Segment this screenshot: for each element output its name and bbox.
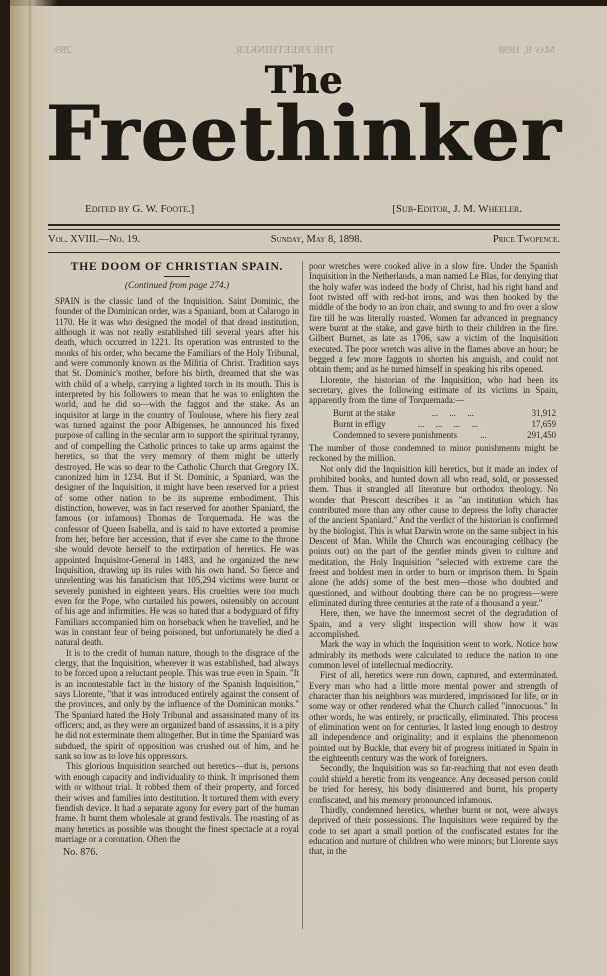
body-paragraph: Secondly, the Inquisition was so far-rea… xyxy=(309,763,558,804)
right-column-body-top: poor wretches were cooked alive in a slo… xyxy=(309,261,558,406)
table-row-leaders: ... xyxy=(457,430,510,441)
issue-number: No. 876. xyxy=(55,847,299,858)
show-through-text: May 8, 1898 THE FREETHINKER 289 xyxy=(55,44,555,56)
body-paragraph: The number of those condemned to minor p… xyxy=(309,443,558,464)
dateline-rule xyxy=(48,252,560,253)
body-paragraph: It is to the credit of human nature, tho… xyxy=(55,648,299,762)
masthead-title: Freethinker xyxy=(0,92,607,176)
body-paragraph: SPAIN is the classic land of the Inquisi… xyxy=(55,296,299,648)
table-row: Condemned to severe punishments ... 291,… xyxy=(333,430,556,441)
ghost-page-number: 289 xyxy=(55,44,72,56)
ghost-date: May 8, 1898 xyxy=(499,44,555,56)
editor-credits: Edited by G. W. Foote.] [Sub-Editor, J. … xyxy=(85,203,522,215)
table-row-label: Burnt at the stake xyxy=(333,408,395,419)
scanned-page: May 8, 1898 THE FREETHINKER 289 The Free… xyxy=(0,0,607,976)
body-paragraph: Mark the way in which the Inquisition we… xyxy=(309,639,558,670)
table-row-value: 31,912 xyxy=(510,408,556,419)
body-paragraph: poor wretches were cooked alive in a slo… xyxy=(309,261,558,375)
body-paragraph: First of all, heretics were run down, ca… xyxy=(309,670,558,763)
article-title: THE DOOM OF CHRISTIAN SPAIN. xyxy=(55,261,299,273)
scan-edge-top xyxy=(0,0,607,6)
table-row-value: 17,659 xyxy=(510,419,556,430)
table-row: Burnt at the stake ... ... ... 31,912 xyxy=(333,408,556,419)
dateline-date: Sunday, May 8, 1898. xyxy=(271,234,362,245)
right-column-body-bottom: The number of those condemned to minor p… xyxy=(309,443,558,857)
table-row-leaders: ... ... ... ... xyxy=(386,419,510,430)
editor-credit: Edited by G. W. Foote.] xyxy=(85,203,194,215)
table-row-leaders: ... ... ... xyxy=(395,408,510,419)
body-paragraph: Thirdly, condemned heretics, whether bur… xyxy=(309,805,558,857)
dateline-volume: Vol. XVIII.—No. 19. xyxy=(48,234,140,245)
ghost-title: THE FREETHINKER xyxy=(235,44,334,56)
table-row: Burnt in effigy ... ... ... ... 17,659 xyxy=(333,419,556,430)
body-paragraph: Not only did the Inquisition kill hereti… xyxy=(309,464,558,609)
dateline-price: Price Twopence. xyxy=(493,234,560,245)
column-rule xyxy=(302,261,303,929)
title-rule xyxy=(164,276,190,277)
table-row-value: 291,450 xyxy=(510,430,556,441)
body-paragraph: Here, then, we have the innermost secret… xyxy=(309,608,558,639)
sub-editor-credit: [Sub-Editor, J. M. Wheeler. xyxy=(392,203,522,215)
table-row-label: Burnt in effigy xyxy=(333,419,386,430)
left-column-body: SPAIN is the classic land of the Inquisi… xyxy=(55,296,299,844)
left-column: THE DOOM OF CHRISTIAN SPAIN. (Continued … xyxy=(55,261,299,969)
masthead-rule xyxy=(48,224,560,230)
body-paragraph: This glorious Inquisition searched out h… xyxy=(55,761,299,844)
casualty-table: Burnt at the stake ... ... ... 31,912 Bu… xyxy=(333,408,556,441)
continued-note: (Continued from page 274.) xyxy=(55,281,299,291)
table-row-label: Condemned to severe punishments xyxy=(333,430,457,441)
right-column: poor wretches were cooked alive in a slo… xyxy=(309,261,558,969)
dateline: Vol. XVIII.—No. 19. Sunday, May 8, 1898.… xyxy=(48,234,560,245)
body-paragraph: Llorente, the historian of the Inquisiti… xyxy=(309,375,558,406)
